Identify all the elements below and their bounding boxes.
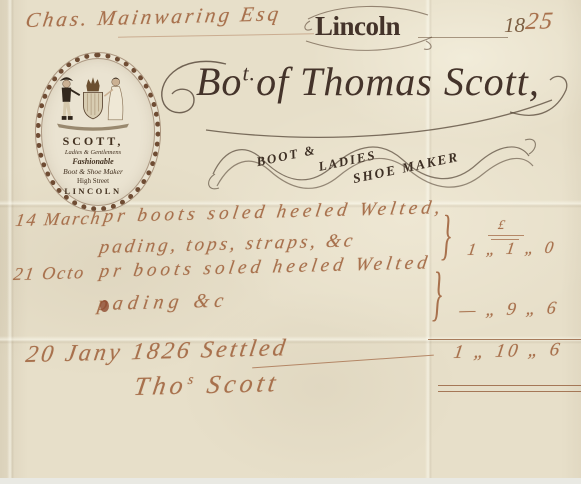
currency-underline-1 [488,235,524,236]
crease-left [7,0,14,484]
customer-name: Chas. Mainwaring Esq [24,1,283,33]
bought-of-pre: Bo [196,59,242,104]
ink-blot [100,300,109,312]
signature-rest: Scott [194,368,281,399]
entry1-amount: 1 „ 1 „ 0 [466,238,558,260]
entry2-brace: } [432,263,442,330]
year-written: 25 [524,8,556,36]
entry2-description-line2: pading &c [96,290,230,316]
emblem-line-trade: Boot & Shoe Maker [41,167,145,176]
emblem-line-fashionable: Fashionable [41,157,145,166]
bought-of-rest: of Thomas Scott, [256,59,540,104]
trade-emblem-oval: SCOTT, Ladies & Gentlemens Fashionable B… [36,53,160,211]
emblem-name: SCOTT, [41,134,145,149]
entry2-date: 21 Octo [12,262,87,285]
emblem-line-clientele: Ladies & Gentlemens [41,149,145,156]
emblem-line-street: High Street [41,177,145,185]
signature-pre: Tho [132,371,189,401]
entry1-description-line1: pr boots soled heeled Welted, [102,197,445,228]
date-rule [418,37,508,38]
scan-edge [0,478,581,484]
customer-underline-flourish [118,33,314,37]
emblem-figures-crest-illustration [43,63,143,135]
settlement-note: 20 Jany 1826 Settled [24,335,290,369]
place-name: Lincoln [315,11,400,42]
bought-of-superscript: t. [242,61,256,86]
signature: Thos Scott [132,368,282,402]
bought-of-line: Bot.of Thomas Scott, [196,58,540,105]
total-amount: 1 „ 10 „ 6 [452,339,564,364]
year-printed: 18 [504,13,525,38]
entry1-date: 14 March [14,208,103,231]
entry1-brace: } [441,207,451,269]
entry2-amount: — „ 9 „ 6 [458,297,561,321]
currency-mark: £ [497,217,506,233]
billhead-document: Chas. Mainwaring Esq Lincoln 18 25 SCOTT… [0,0,581,484]
emblem-line-city: LINCOLN [41,186,145,196]
total-double-rule [438,385,581,392]
